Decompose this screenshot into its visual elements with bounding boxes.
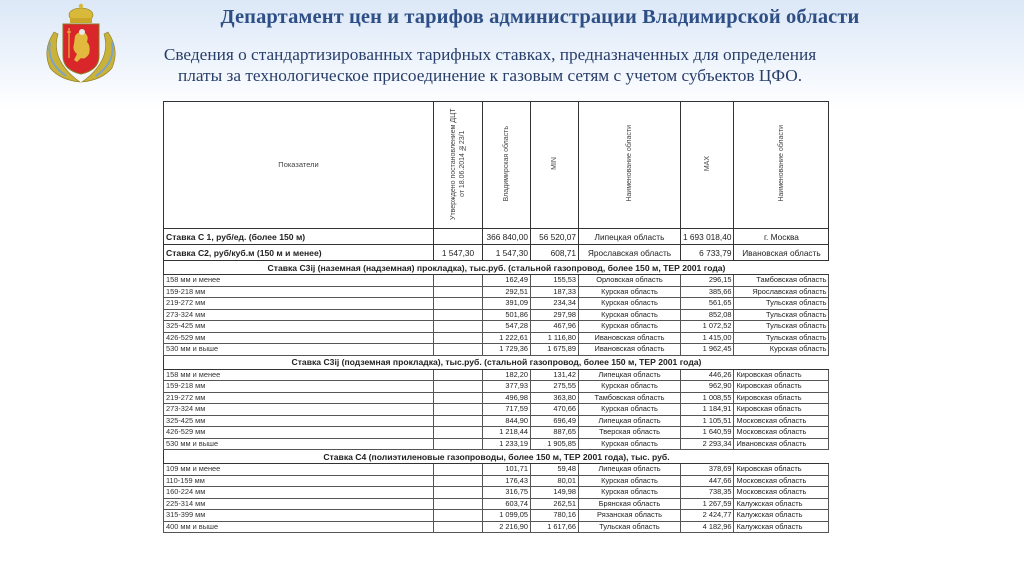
- min-region-name: Курская область: [579, 487, 681, 499]
- vladimir-value: 1 233,19: [483, 438, 531, 450]
- min-region-name: Ивановская область: [579, 344, 681, 356]
- vladimir-value: 603,74: [483, 498, 531, 510]
- max-region-name: Московская область: [734, 487, 829, 499]
- table-header-row: ПоказателиУтверждено постановлением ДЦТ …: [164, 102, 829, 229]
- min-value: 887,65: [531, 427, 579, 439]
- row-label: 530 мм и выше: [164, 438, 434, 450]
- min-value: 275,55: [531, 381, 579, 393]
- min-region-name: Липецкая область: [579, 464, 681, 476]
- row-label: 426-529 мм: [164, 427, 434, 439]
- min-region-name: Курская область: [579, 321, 681, 333]
- row-label: 426-529 мм: [164, 332, 434, 344]
- table-row: 315-399 мм1 099,05780,16Рязанская област…: [164, 510, 829, 522]
- min-value: 131,42: [531, 369, 579, 381]
- vladimir-value: 717,59: [483, 404, 531, 416]
- approved-value: [434, 415, 483, 427]
- max-value: 962,90: [681, 381, 734, 393]
- vladimir-value: 391,09: [483, 298, 531, 310]
- min-value: 234,34: [531, 298, 579, 310]
- min-value: 1 617,66: [531, 521, 579, 533]
- min-region-name: Липецкая область: [579, 229, 681, 245]
- table-row: 426-529 мм1 218,44887,65Тверская область…: [164, 427, 829, 439]
- max-region-name: Калужская область: [734, 510, 829, 522]
- max-region-name: Калужская область: [734, 498, 829, 510]
- header-min-region-name-text: Наименование области: [625, 125, 634, 202]
- max-region-name: Ивановская область: [734, 438, 829, 450]
- section-header-row: Ставка С3ij (подземная прокладка), тыс.р…: [164, 355, 829, 369]
- max-region-name: Кировская область: [734, 381, 829, 393]
- approved-value: [434, 286, 483, 298]
- min-value: 780,16: [531, 510, 579, 522]
- table-row: 325-425 мм844,90696,49Липецкая область1 …: [164, 415, 829, 427]
- row-label: 225-314 мм: [164, 498, 434, 510]
- section-title: Ставка С4 (полиэтиленовые газопроводы, б…: [164, 450, 829, 464]
- max-region-name: Московская область: [734, 475, 829, 487]
- section-header-row: Ставка С3ij (наземная (надземная) прокла…: [164, 261, 829, 275]
- max-region-name: Тульская область: [734, 298, 829, 310]
- vladimir-value: 377,93: [483, 381, 531, 393]
- max-value: 738,35: [681, 487, 734, 499]
- max-region-name: Кировская область: [734, 392, 829, 404]
- approved-value: [434, 275, 483, 287]
- header-vladimir-region-text: Владимирская область: [502, 126, 511, 202]
- min-region-name: Курская область: [579, 298, 681, 310]
- min-value: 149,98: [531, 487, 579, 499]
- row-label: 530 мм и выше: [164, 344, 434, 356]
- max-region-name: Тульская область: [734, 309, 829, 321]
- min-value: 297,98: [531, 309, 579, 321]
- min-value: 1 905,85: [531, 438, 579, 450]
- min-region-name: Курская область: [579, 381, 681, 393]
- max-value: 1 640,59: [681, 427, 734, 439]
- min-region-name: Ярославская область: [579, 245, 681, 261]
- max-region-name: Тамбовская область: [734, 275, 829, 287]
- header-min: MIN: [531, 102, 579, 229]
- vladimir-value: 501,86: [483, 309, 531, 321]
- max-value: 1 105,51: [681, 415, 734, 427]
- row-label: 158 мм и менее: [164, 275, 434, 287]
- max-value: 1 184,91: [681, 404, 734, 416]
- header-max-text: MAX: [703, 156, 712, 171]
- min-value: 59,48: [531, 464, 579, 476]
- header-max: MAX: [681, 102, 734, 229]
- page-title: Департамент цен и тарифов администрации …: [140, 6, 940, 29]
- max-value: 446,26: [681, 369, 734, 381]
- max-region-name: Московская область: [734, 415, 829, 427]
- header-approved: Утверждено постановлением ДЦТ от 18.06.2…: [434, 102, 483, 229]
- coat-of-arms-emblem: [36, 2, 126, 84]
- header-min-text: MIN: [550, 157, 559, 170]
- max-region-name: Ярославская область: [734, 286, 829, 298]
- min-region-name: Липецкая область: [579, 415, 681, 427]
- min-value: 608,71: [531, 245, 579, 261]
- min-region-name: Ивановская область: [579, 332, 681, 344]
- approved-value: [434, 427, 483, 439]
- max-value: 1 072,52: [681, 321, 734, 333]
- table-row: 159-218 мм377,93275,55Курская область962…: [164, 381, 829, 393]
- subtitle-line-2: платы за технологическое присоединение к…: [120, 65, 860, 86]
- table-row: 158 мм и менее162,49155,53Орловская обла…: [164, 275, 829, 287]
- row-label: 159-218 мм: [164, 381, 434, 393]
- max-value: 2 293,34: [681, 438, 734, 450]
- max-region-name: Тульская область: [734, 321, 829, 333]
- max-value: 561,65: [681, 298, 734, 310]
- vladimir-value: 1 222,61: [483, 332, 531, 344]
- row-label: 315-399 мм: [164, 510, 434, 522]
- min-region-name: Рязанская область: [579, 510, 681, 522]
- header-indicators: Показатели: [164, 102, 434, 229]
- min-region-name: Курская область: [579, 438, 681, 450]
- row-label: 325-425 мм: [164, 321, 434, 333]
- tariff-table: ПоказателиУтверждено постановлением ДЦТ …: [163, 101, 829, 533]
- max-region-name: Кировская область: [734, 404, 829, 416]
- table-row: 158 мм и менее182,20131,42Липецкая облас…: [164, 369, 829, 381]
- approved-value: [434, 498, 483, 510]
- min-value: 80,01: [531, 475, 579, 487]
- header-approved-text: Утверждено постановлением ДЦТ от 18.06.2…: [449, 105, 467, 223]
- vladimir-value: 1 099,05: [483, 510, 531, 522]
- min-value: 262,51: [531, 498, 579, 510]
- vladimir-value: 1 729,36: [483, 344, 531, 356]
- approved-value: [434, 332, 483, 344]
- row-label: 158 мм и менее: [164, 369, 434, 381]
- max-value: 296,15: [681, 275, 734, 287]
- vladimir-value: 182,20: [483, 369, 531, 381]
- approved-value: [434, 392, 483, 404]
- min-value: 56 520,07: [531, 229, 579, 245]
- row-label: 273-324 мм: [164, 404, 434, 416]
- vladimir-value: 496,98: [483, 392, 531, 404]
- max-value: 6 733,79: [681, 245, 734, 261]
- max-value: 1 962,45: [681, 344, 734, 356]
- max-region-name: Кировская область: [734, 369, 829, 381]
- table-row: 219-272 мм496,98363,80Тамбовская область…: [164, 392, 829, 404]
- approved-value: [434, 521, 483, 533]
- table-row: 426-529 мм1 222,611 116,80Ивановская обл…: [164, 332, 829, 344]
- section-title: Ставка С3ij (подземная прокладка), тыс.р…: [164, 355, 829, 369]
- max-region-name: Московская область: [734, 427, 829, 439]
- tariff-table-container: ПоказателиУтверждено постановлением ДЦТ …: [163, 101, 829, 533]
- min-region-name: Курская область: [579, 286, 681, 298]
- min-value: 363,80: [531, 392, 579, 404]
- min-region-name: Орловская область: [579, 275, 681, 287]
- row-label: 273-324 мм: [164, 309, 434, 321]
- table-row: 273-324 мм501,86297,98Курская область852…: [164, 309, 829, 321]
- approved-value: [434, 510, 483, 522]
- max-region-name: Ивановская область: [734, 245, 829, 261]
- min-region-name: Тверская область: [579, 427, 681, 439]
- table-row: 325-425 мм547,28467,96Курская область1 0…: [164, 321, 829, 333]
- max-value: 1 267,59: [681, 498, 734, 510]
- approved-value: [434, 487, 483, 499]
- approved-value: [434, 309, 483, 321]
- row-label: 219-272 мм: [164, 392, 434, 404]
- min-value: 696,49: [531, 415, 579, 427]
- min-region-name: Курская область: [579, 404, 681, 416]
- table-row: 273-324 мм717,59470,66Курская область1 1…: [164, 404, 829, 416]
- approved-value: 1 547,30: [434, 245, 483, 261]
- table-row: 159-218 мм292,51187,33Курская область385…: [164, 286, 829, 298]
- vladimir-value: 1 218,44: [483, 427, 531, 439]
- header-min-region-name: Наименование области: [579, 102, 681, 229]
- header-max-region-name: Наименование области: [734, 102, 829, 229]
- max-value: 378,69: [681, 464, 734, 476]
- approved-value: [434, 381, 483, 393]
- row-label: 159-218 мм: [164, 286, 434, 298]
- min-value: 467,96: [531, 321, 579, 333]
- min-value: 155,53: [531, 275, 579, 287]
- min-value: 187,33: [531, 286, 579, 298]
- page-subtitle: Сведения о стандартизированных тарифных …: [120, 44, 860, 86]
- max-value: 385,66: [681, 286, 734, 298]
- min-region-name: Курская область: [579, 475, 681, 487]
- max-region-name: г. Москва: [734, 229, 829, 245]
- table-row: 160-224 мм316,75149,98Курская область738…: [164, 487, 829, 499]
- vladimir-value: 162,49: [483, 275, 531, 287]
- vladimir-value: 1 547,30: [483, 245, 531, 261]
- vladimir-value: 547,28: [483, 321, 531, 333]
- approved-value: [434, 404, 483, 416]
- row-label: 160-224 мм: [164, 487, 434, 499]
- max-region-name: Калужская область: [734, 521, 829, 533]
- table-row: 530 мм и выше1 233,191 905,85Курская обл…: [164, 438, 829, 450]
- header-max-region-name-text: Наименование области: [777, 125, 786, 202]
- approved-value: [434, 344, 483, 356]
- main-rate-row: Ставка С2, руб/куб.м (150 м и менее)1 54…: [164, 245, 829, 261]
- row-label: 325-425 мм: [164, 415, 434, 427]
- table-row: 109 мм и менее101,7159,48Липецкая област…: [164, 464, 829, 476]
- max-region-name: Кировская область: [734, 464, 829, 476]
- min-value: 1 675,89: [531, 344, 579, 356]
- row-label: 109 мм и менее: [164, 464, 434, 476]
- vladimir-value: 101,71: [483, 464, 531, 476]
- max-value: 4 182,96: [681, 521, 734, 533]
- max-region-name: Тульская область: [734, 332, 829, 344]
- min-region-name: Тамбовская область: [579, 392, 681, 404]
- approved-value: [434, 298, 483, 310]
- table-row: 225-314 мм603,74262,51Брянская область1 …: [164, 498, 829, 510]
- row-label: 400 мм и выше: [164, 521, 434, 533]
- min-region-name: Липецкая область: [579, 369, 681, 381]
- table-row: 530 мм и выше1 729,361 675,89Ивановская …: [164, 344, 829, 356]
- max-value: 447,66: [681, 475, 734, 487]
- approved-value: [434, 321, 483, 333]
- approved-value: [434, 475, 483, 487]
- min-value: 470,66: [531, 404, 579, 416]
- row-label: 219-272 мм: [164, 298, 434, 310]
- max-value: 2 424,77: [681, 510, 734, 522]
- min-value: 1 116,80: [531, 332, 579, 344]
- approved-value: [434, 438, 483, 450]
- vladimir-value: 844,90: [483, 415, 531, 427]
- vladimir-value: 316,75: [483, 487, 531, 499]
- vladimir-value: 176,43: [483, 475, 531, 487]
- table-row: 400 мм и выше2 216,901 617,66Тульская об…: [164, 521, 829, 533]
- min-region-name: Курская область: [579, 309, 681, 321]
- min-region-name: Брянская область: [579, 498, 681, 510]
- max-value: 852,08: [681, 309, 734, 321]
- max-region-name: Курская область: [734, 344, 829, 356]
- row-label: 110-159 мм: [164, 475, 434, 487]
- vladimir-value: 366 840,00: [483, 229, 531, 245]
- table-row: 219-272 мм391,09234,34Курская область561…: [164, 298, 829, 310]
- approved-value: [434, 229, 483, 245]
- max-value: 1 415,00: [681, 332, 734, 344]
- subtitle-line-1: Сведения о стандартизированных тарифных …: [120, 44, 860, 65]
- section-header-row: Ставка С4 (полиэтиленовые газопроводы, б…: [164, 450, 829, 464]
- row-label: Ставка С 1, руб/ед. (более 150 м): [164, 229, 434, 245]
- header-vladimir-region: Владимирская область: [483, 102, 531, 229]
- main-rate-row: Ставка С 1, руб/ед. (более 150 м)366 840…: [164, 229, 829, 245]
- vladimir-value: 2 216,90: [483, 521, 531, 533]
- table-row: 110-159 мм176,4380,01Курская область447,…: [164, 475, 829, 487]
- row-label: Ставка С2, руб/куб.м (150 м и менее): [164, 245, 434, 261]
- max-value: 1 008,55: [681, 392, 734, 404]
- min-region-name: Тульская область: [579, 521, 681, 533]
- section-title: Ставка С3ij (наземная (надземная) прокла…: [164, 261, 829, 275]
- approved-value: [434, 369, 483, 381]
- max-value: 1 693 018,40: [681, 229, 734, 245]
- approved-value: [434, 464, 483, 476]
- vladimir-value: 292,51: [483, 286, 531, 298]
